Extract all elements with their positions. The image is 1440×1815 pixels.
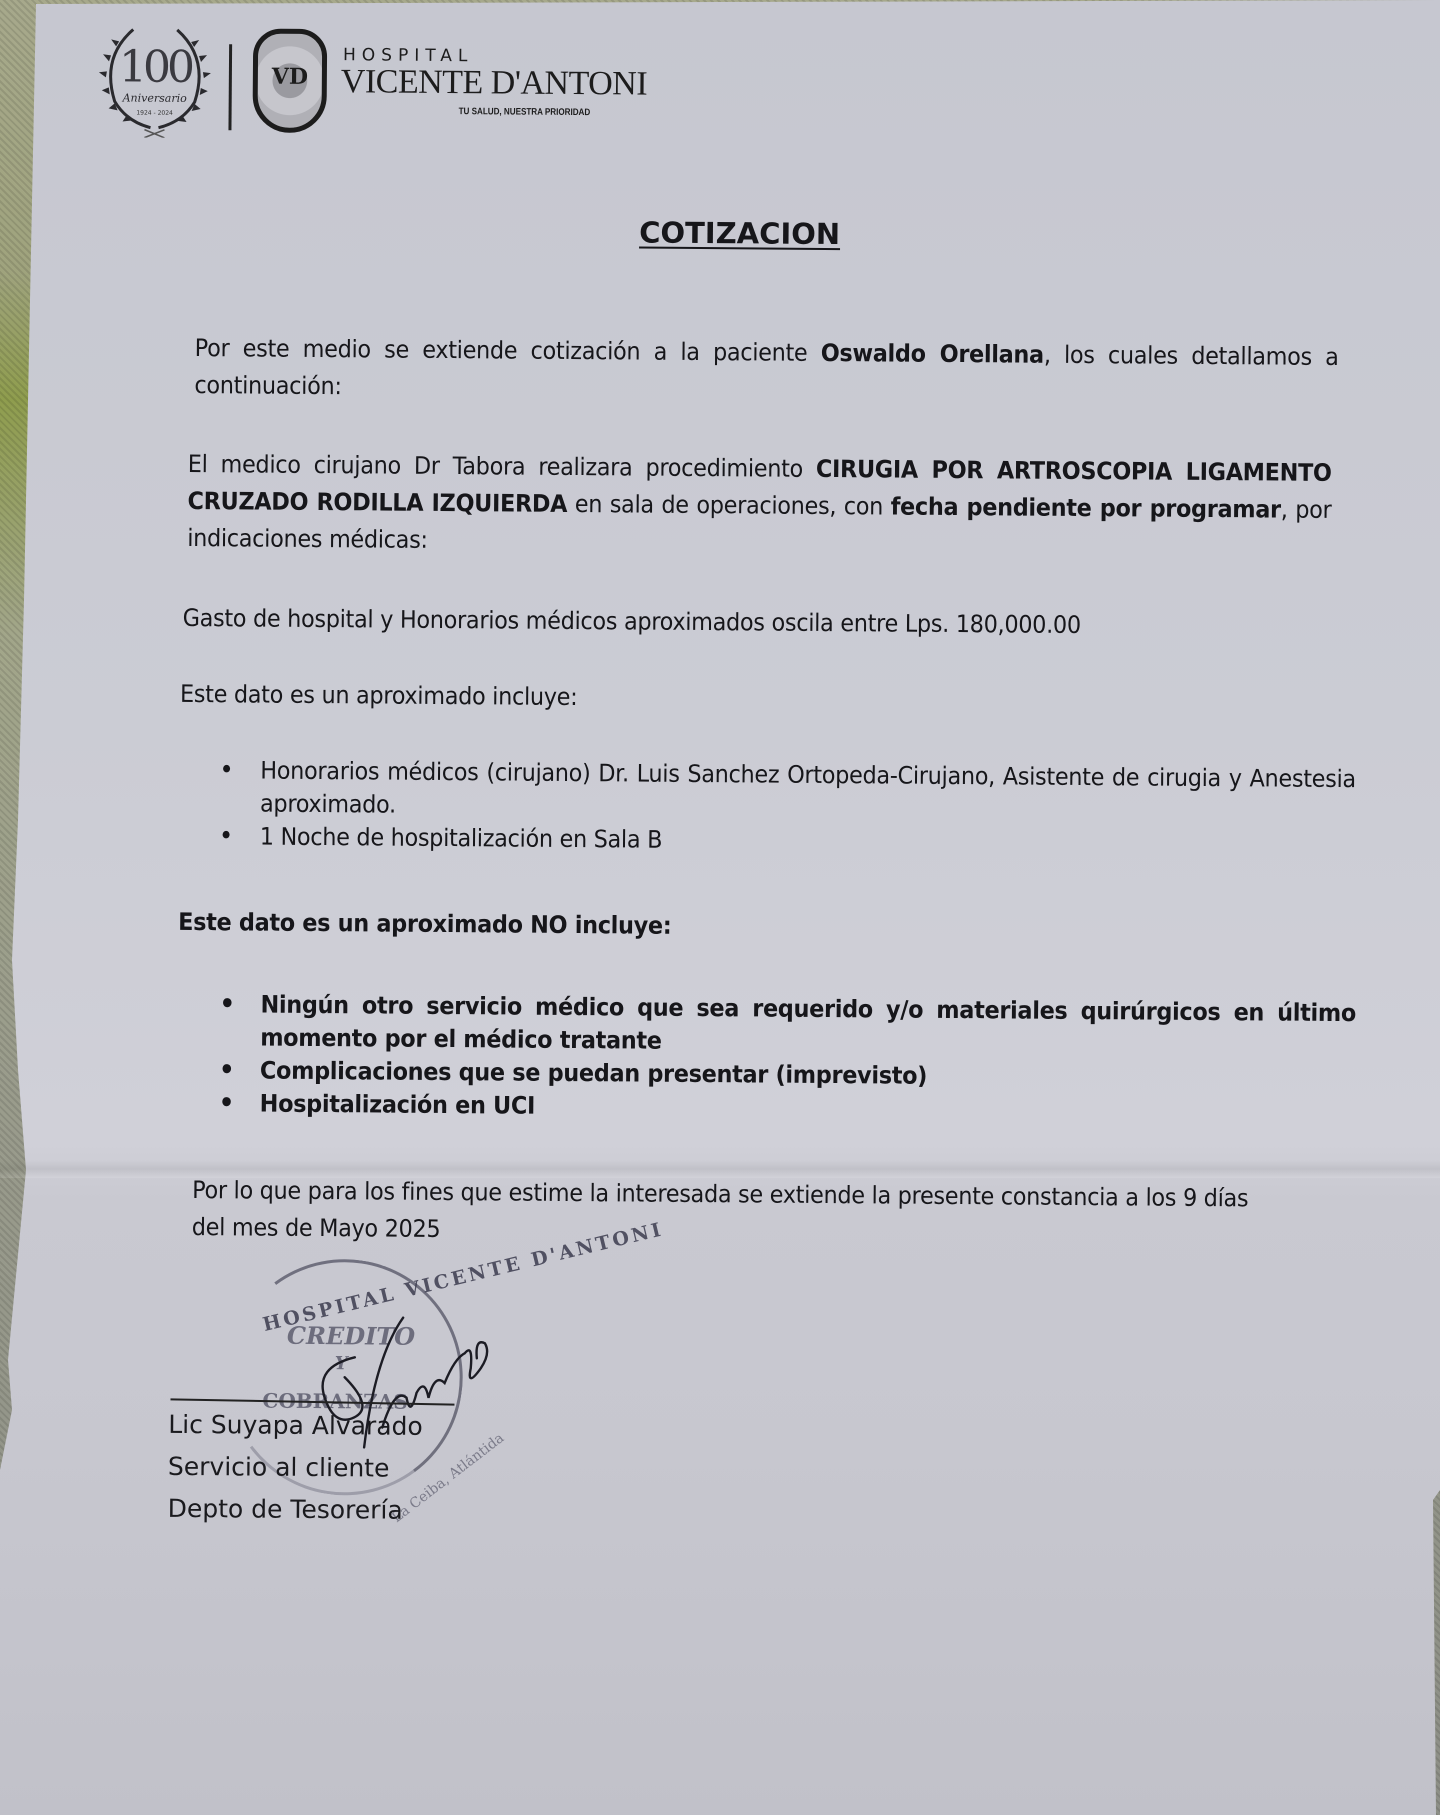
intro-paragraph: Por este medio se extiende cotización a …	[194, 330, 1338, 413]
signer-name: Lic Suyapa Alvarado	[168, 1410, 423, 1441]
procedure-middle: en sala de operaciones, con	[567, 490, 891, 521]
anniversary-script: Aniversario	[93, 91, 217, 105]
signer-role: Servicio al cliente	[168, 1452, 390, 1483]
procedure-before: El medico cirujano Dr Tabora realizara p…	[188, 450, 816, 483]
procedure-date-status: fecha pendiente por programar	[891, 492, 1281, 523]
closing-paragraph: Por lo que para los fines que estime la …	[192, 1172, 1281, 1255]
document-title: COTIZACION	[4, 211, 1440, 257]
excludes-item: Ningún otro servicio médico que sea requ…	[219, 988, 1356, 1063]
intro-before: Por este medio se extiende cotización a …	[195, 334, 821, 367]
anniversary-logo: 100 Aniversario 1924 - 2024	[92, 17, 217, 138]
logo-divider	[228, 44, 232, 130]
excludes-list: Ningún otro servicio médico que sea requ…	[219, 988, 1356, 1129]
includes-heading: Este dato es un aproximado incluye:	[180, 676, 1017, 720]
hospital-crest-icon: VD	[252, 28, 327, 133]
letterhead: 100 Aniversario 1924 - 2024 VD HOSPITAL …	[92, 17, 633, 141]
includes-item: Honorarios médicos (cirujano) Dr. Luis S…	[219, 754, 1356, 829]
procedure-paragraph: El medico cirujano Dr Tabora realizara p…	[187, 446, 1332, 566]
hospital-tagline: TU SALUD, NUESTRA PRIORIDAD	[459, 106, 591, 118]
patient-name: Oswaldo Orellana	[821, 339, 1044, 369]
includes-list: Honorarios médicos (cirujano) Dr. Luis S…	[219, 754, 1356, 862]
cost-line: Gasto de hospital y Honorarios médicos a…	[182, 600, 1391, 646]
anniversary-years: 1924 - 2024	[93, 109, 217, 117]
signer-department: Depto de Tesorería	[168, 1494, 403, 1525]
quotation-document: 100 Aniversario 1924 - 2024 VD HOSPITAL …	[0, 0, 1440, 1815]
crest-monogram: VD	[258, 64, 322, 91]
anniversary-number: 100	[93, 41, 217, 93]
hospital-name: VICENTE D'ANTONI	[341, 63, 648, 103]
excludes-heading: Este dato es un aproximado NO incluye:	[178, 904, 1015, 948]
